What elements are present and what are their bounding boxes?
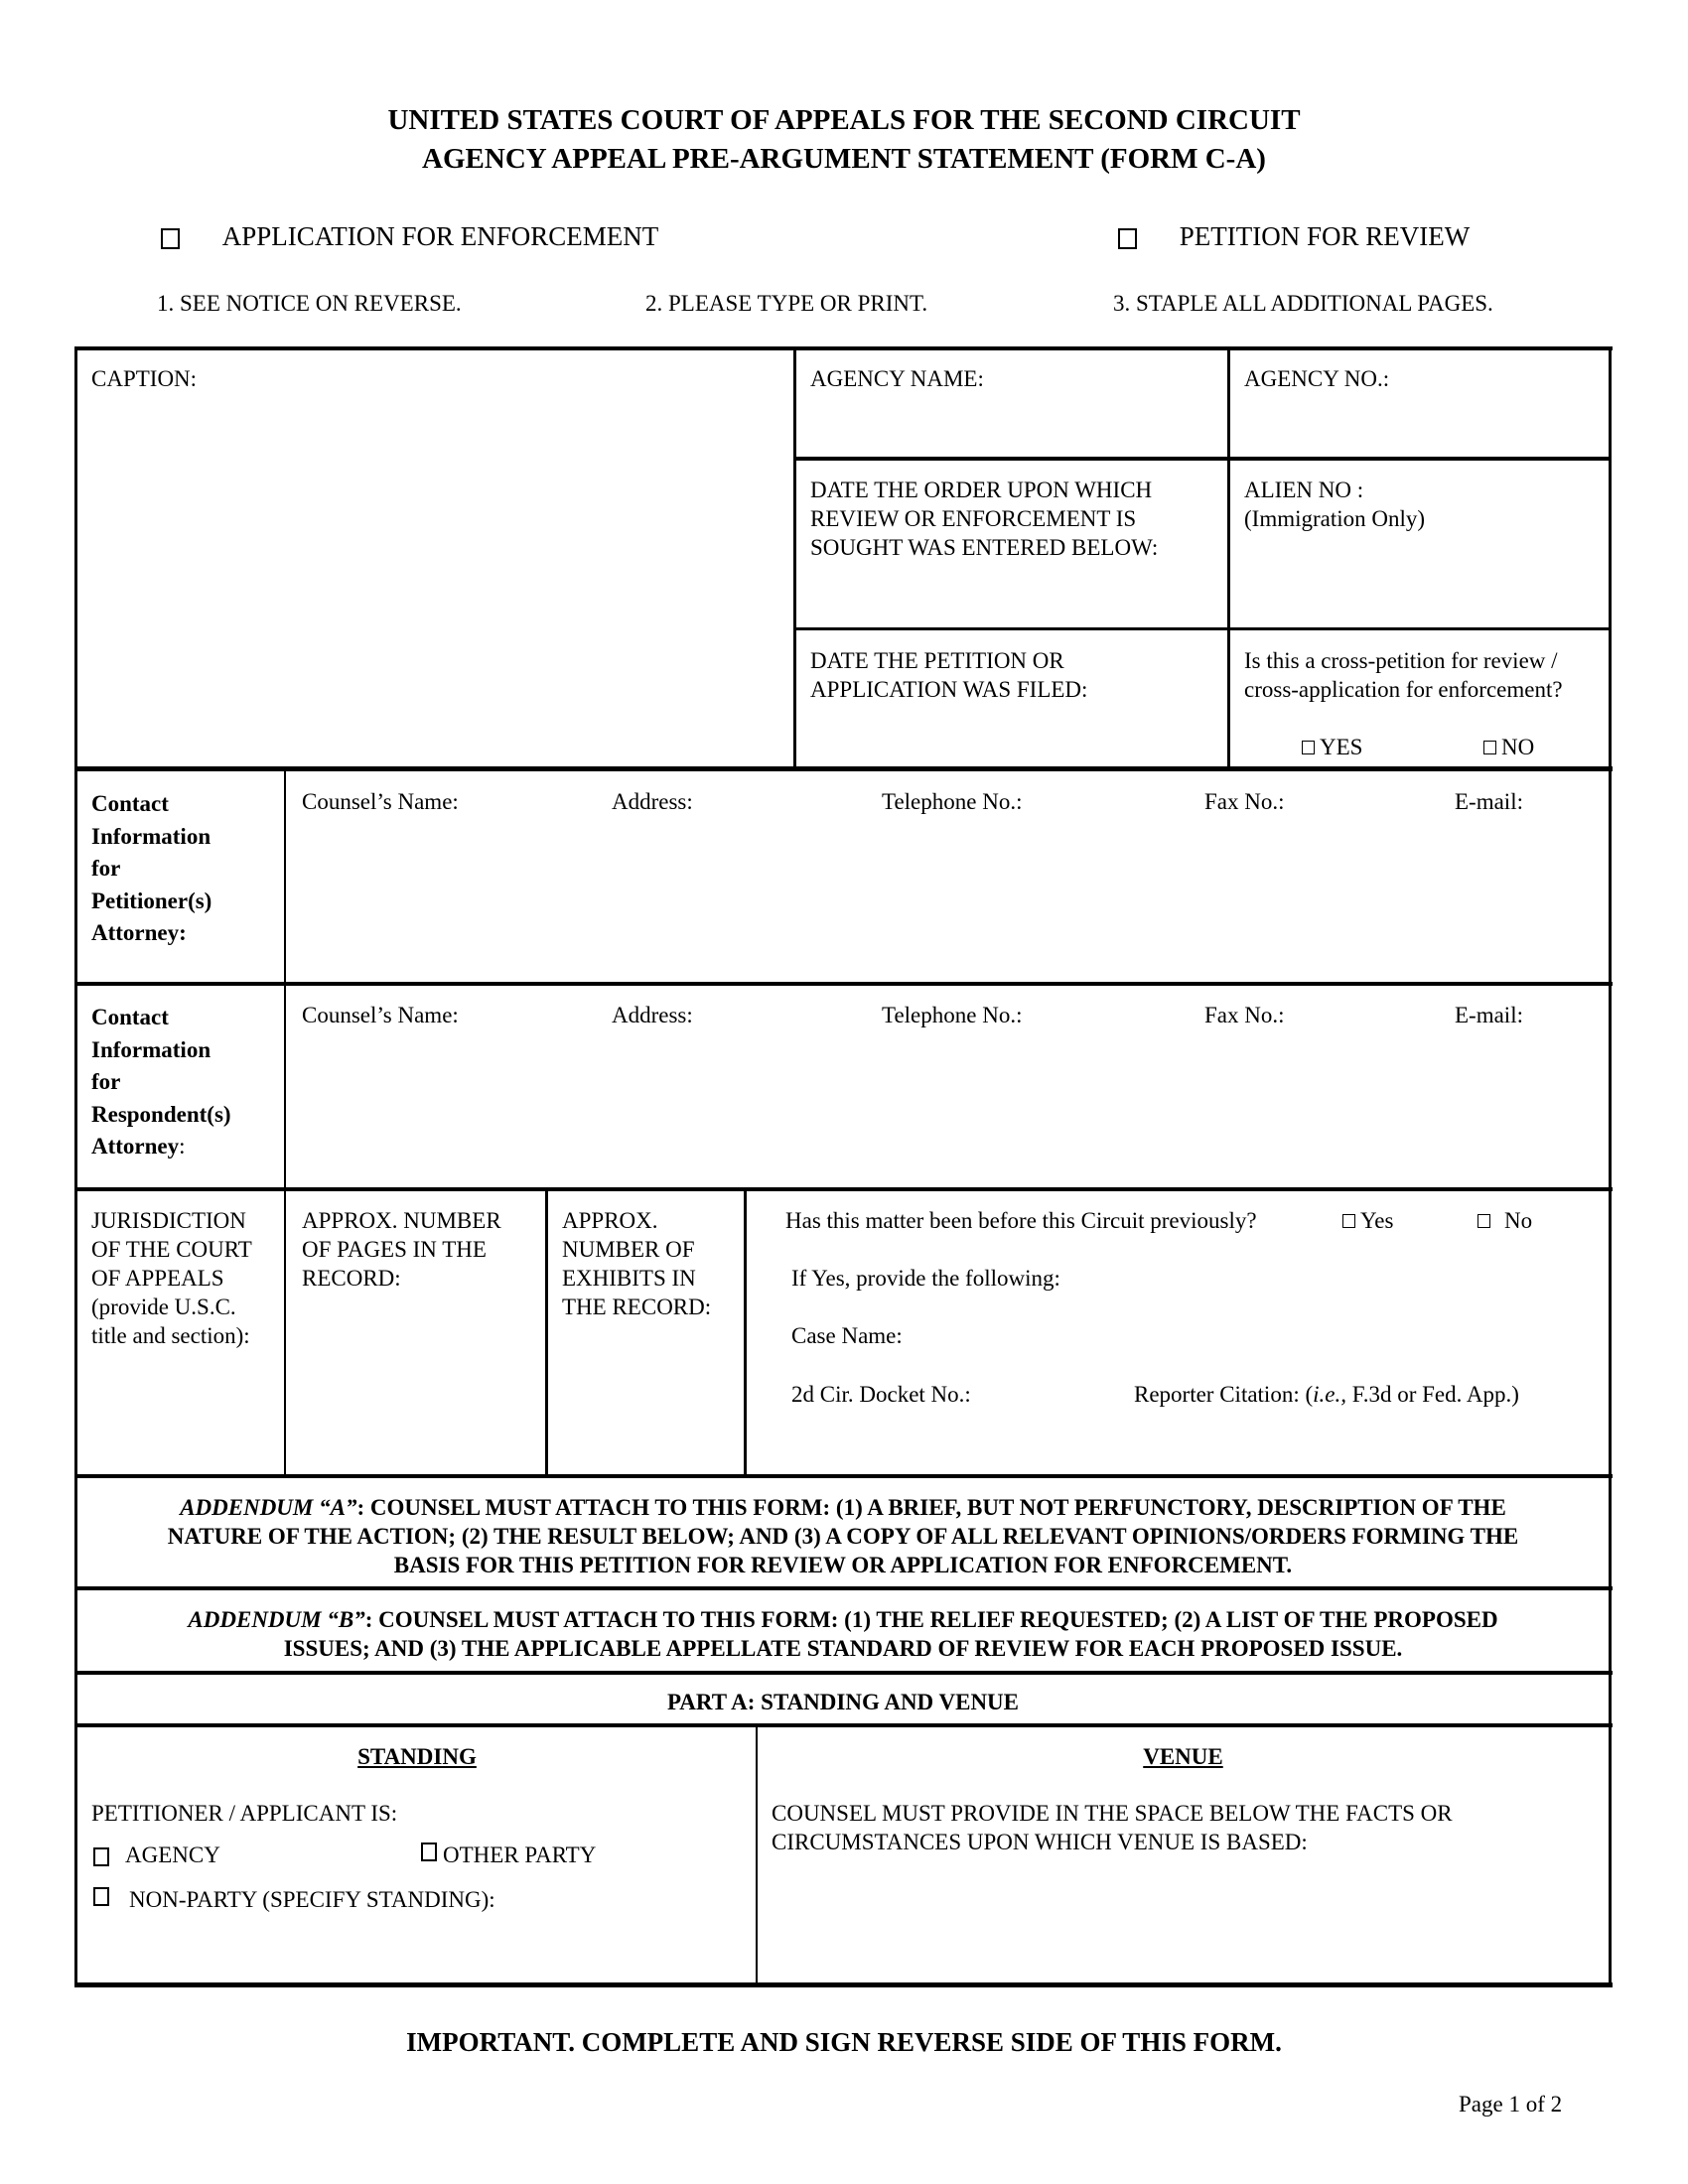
checkbox-prior-yes[interactable]: [1342, 1214, 1355, 1228]
prior-yes-label: Yes: [1360, 1208, 1393, 1233]
if-yes-label: If Yes, provide the following:: [791, 1264, 1060, 1293]
table-border-right: [1609, 346, 1612, 1986]
heading-line: Attorney: [91, 1134, 179, 1159]
jurisdiction-line: JURISDICTION: [91, 1206, 252, 1235]
addendum-a-line: NATURE OF THE ACTION; (2) THE RESULT BEL…: [79, 1522, 1607, 1551]
checkbox-cross-yes[interactable]: [1302, 741, 1315, 754]
petitioner-telephone-label: Telephone No.:: [882, 787, 1022, 816]
jurisdiction-line: title and section):: [91, 1321, 252, 1350]
agency-no-label: AGENCY NO.:: [1244, 364, 1389, 393]
checkbox-application-enforcement[interactable]: [161, 228, 180, 249]
pages-line: OF PAGES IN THE: [302, 1235, 501, 1264]
exhibits-field[interactable]: [550, 1330, 742, 1471]
respondent-address-label: Address:: [612, 1001, 693, 1029]
important-notice: IMPORTANT. COMPLETE AND SIGN REVERSE SID…: [0, 2026, 1688, 2060]
checkbox-prior-no[interactable]: [1477, 1214, 1490, 1228]
divider-caption: [793, 346, 796, 769]
alien-no-label-text: ALIEN NO :: [1244, 476, 1425, 504]
nonparty-field[interactable]: [79, 1921, 753, 1980]
docket-label: 2d Cir. Docket No.:: [791, 1380, 971, 1409]
pages-field[interactable]: [288, 1300, 543, 1471]
alien-no-field[interactable]: [1232, 536, 1607, 625]
alien-no-label: ALIEN NO : (Immigration Only): [1244, 476, 1425, 533]
addendum-a-label: ADDENDUM “A”: [180, 1495, 356, 1520]
order-date-label: DATE THE ORDER UPON WHICH REVIEW OR ENFO…: [810, 476, 1158, 562]
pages-line: RECORD:: [302, 1264, 501, 1293]
docket-field[interactable]: [993, 1379, 1130, 1411]
citation-label: Reporter Citation: (i.e., F.3d or Fed. A…: [1134, 1380, 1519, 1409]
heading-line: Contact: [91, 788, 211, 821]
cross-petition-yes-option[interactable]: YES: [1302, 733, 1362, 761]
jurisdiction-line: OF THE COURT: [91, 1235, 252, 1264]
note-3: 3. STAPLE ALL ADDITIONAL PAGES.: [1113, 290, 1493, 319]
prior-no-option[interactable]: No: [1477, 1206, 1532, 1235]
part-a-heading: PART A: STANDING AND VENUE: [79, 1688, 1607, 1716]
form-subtitle: AGENCY APPEAL PRE-ARGUMENT STATEMENT (FO…: [0, 141, 1688, 177]
respondent-contact-field[interactable]: [288, 1035, 1607, 1184]
heading-line: Respondent(s): [91, 1099, 231, 1132]
option-petition-review[interactable]: PETITION FOR REVIEW: [1118, 220, 1470, 254]
exhibits-line: EXHIBITS IN: [562, 1264, 711, 1293]
filed-date-label-line: DATE THE PETITION OR: [810, 646, 1087, 675]
form-title: UNITED STATES COURT OF APPEALS FOR THE S…: [0, 102, 1688, 138]
filed-date-field[interactable]: [798, 707, 1225, 764]
other-party-label: OTHER PARTY: [443, 1843, 596, 1867]
divider-agency: [1227, 346, 1230, 769]
pages-line: APPROX. NUMBER: [302, 1206, 501, 1235]
jurisdiction-label: JURISDICTION OF THE COURT OF APPEALS (pr…: [91, 1206, 252, 1350]
checkbox-cross-no[interactable]: [1483, 741, 1496, 754]
alien-no-note: (Immigration Only): [1244, 504, 1425, 533]
prior-yes-option[interactable]: Yes: [1342, 1206, 1393, 1235]
divider-agency-row: [793, 457, 1612, 461]
table-border-top: [74, 346, 1613, 350]
jurisdiction-field[interactable]: [79, 1360, 282, 1471]
citation-suffix: F.3d or Fed. App.): [1346, 1382, 1519, 1407]
option-application-enforcement-label: APPLICATION FOR ENFORCEMENT: [222, 221, 659, 251]
divider-standing-venue: [756, 1725, 758, 1985]
divider-contact-rows: [74, 982, 1613, 986]
agency-name-field[interactable]: [798, 397, 1225, 455]
cross-no-label: NO: [1501, 735, 1534, 759]
contact-petitioner-heading: Contact Information for Petitioner(s) At…: [91, 788, 211, 950]
jurisdiction-line: OF APPEALS: [91, 1264, 252, 1293]
option-application-enforcement[interactable]: APPLICATION FOR ENFORCEMENT: [161, 220, 658, 254]
respondent-telephone-label: Telephone No.:: [882, 1001, 1022, 1029]
addendum-b: ADDENDUM “B”: COUNSEL MUST ATTACH TO THI…: [79, 1605, 1607, 1663]
divider-contact-bottom: [74, 1187, 1613, 1191]
exhibits-line: NUMBER OF: [562, 1235, 711, 1264]
addendum-b-label: ADDENDUM “B”: [188, 1607, 364, 1632]
case-name-field[interactable]: [918, 1320, 1604, 1352]
respondent-fax-label: Fax No.:: [1204, 1001, 1285, 1029]
addendum-b-line: : COUNSEL MUST ATTACH TO THIS FORM: (1) …: [365, 1607, 1498, 1632]
filed-date-label-line: APPLICATION WAS FILED:: [810, 675, 1087, 704]
cross-petition-question: Is this a cross-petition for review / cr…: [1244, 646, 1563, 704]
standing-agency-option[interactable]: AGENCY: [93, 1841, 220, 1869]
citation-prefix: Reporter Citation: (: [1134, 1382, 1313, 1407]
heading-line: for: [91, 1066, 231, 1099]
divider-addendum-a: [74, 1586, 1613, 1590]
order-date-field[interactable]: [798, 566, 1225, 625]
checkbox-nonparty[interactable]: [93, 1887, 109, 1906]
pages-label: APPROX. NUMBER OF PAGES IN THE RECORD:: [302, 1206, 501, 1293]
exhibits-label: APPROX. NUMBER OF EXHIBITS IN THE RECORD…: [562, 1206, 711, 1321]
note-2: 2. PLEASE TYPE OR PRINT.: [645, 290, 927, 319]
checkbox-petition-review[interactable]: [1118, 228, 1137, 249]
divider-order-row: [793, 627, 1612, 630]
exhibits-line: APPROX.: [562, 1206, 711, 1235]
option-petition-review-label: PETITION FOR REVIEW: [1180, 221, 1470, 251]
addendum-a: ADDENDUM “A”: COUNSEL MUST ATTACH TO THI…: [79, 1493, 1607, 1579]
respondent-email-label: E-mail:: [1455, 1001, 1523, 1029]
checkbox-agency[interactable]: [93, 1847, 109, 1866]
order-date-label-line: SOUGHT WAS ENTERED BELOW:: [810, 533, 1158, 562]
jurisdiction-line: (provide U.S.C.: [91, 1293, 252, 1321]
divider-contact-col: [284, 769, 286, 1190]
heading-line: Information: [91, 1034, 231, 1067]
divider-jur-bottom: [74, 1474, 1613, 1478]
respondent-counsel-name-label: Counsel’s Name:: [302, 1001, 459, 1029]
divider-jur-2: [545, 1189, 548, 1477]
venue-instructions: COUNSEL MUST PROVIDE IN THE SPACE BELOW …: [772, 1799, 1453, 1856]
order-date-label-line: REVIEW OR ENFORCEMENT IS: [810, 504, 1158, 533]
divider-jur-3: [744, 1189, 747, 1477]
standing-prompt: PETITIONER / APPLICANT IS:: [91, 1799, 397, 1828]
caption-field[interactable]: [79, 397, 790, 764]
venue-field[interactable]: [761, 1861, 1607, 1980]
standing-other-party-option[interactable]: OTHER PARTY: [421, 1841, 596, 1869]
addendum-b-line: ISSUES; AND (3) THE APPLICABLE APPELLATE…: [79, 1634, 1607, 1663]
petitioner-fax-label: Fax No.:: [1204, 787, 1285, 816]
divider-addendum-b: [74, 1671, 1613, 1675]
checkbox-other-party[interactable]: [421, 1843, 437, 1861]
petitioner-address-label: Address:: [612, 787, 693, 816]
cross-petition-line: Is this a cross-petition for review /: [1244, 646, 1563, 675]
heading-line: Petitioner(s): [91, 886, 211, 918]
agency-no-field[interactable]: [1232, 397, 1607, 455]
heading-colon: :: [179, 1134, 185, 1159]
case-name-label: Case Name:: [791, 1321, 903, 1350]
contact-respondent-heading: Contact Information for Respondent(s) At…: [91, 1002, 231, 1163]
cross-yes-label: YES: [1320, 735, 1362, 759]
petitioner-counsel-name-label: Counsel’s Name:: [302, 787, 459, 816]
venue-heading: VENUE: [759, 1742, 1608, 1771]
petitioner-contact-field[interactable]: [288, 822, 1607, 979]
standing-heading: STANDING: [79, 1742, 755, 1771]
divider-part-a: [74, 1723, 1613, 1727]
heading-line: Information: [91, 821, 211, 854]
citation-italic: i.e.,: [1313, 1382, 1346, 1407]
table-border-bottom: [74, 1982, 1613, 1987]
addendum-a-line: BASIS FOR THIS PETITION FOR REVIEW OR AP…: [79, 1551, 1607, 1579]
note-1: 1. SEE NOTICE ON REVERSE.: [157, 290, 462, 319]
addendum-a-line: : COUNSEL MUST ATTACH TO THIS FORM: (1) …: [356, 1495, 1505, 1520]
petitioner-email-label: E-mail:: [1455, 787, 1523, 816]
caption-label: CAPTION:: [91, 364, 197, 393]
divider-top-block: [74, 766, 1613, 771]
order-date-label-line: DATE THE ORDER UPON WHICH: [810, 476, 1158, 504]
table-border-left: [74, 346, 77, 1986]
heading-line: for: [91, 853, 211, 886]
cross-petition-no-option[interactable]: NO: [1483, 733, 1534, 761]
prior-question: Has this matter been before this Circuit…: [785, 1206, 1257, 1235]
agency-label: AGENCY: [125, 1843, 220, 1867]
standing-nonparty-option[interactable]: NON-PARTY (SPECIFY STANDING):: [93, 1885, 495, 1914]
agency-name-label: AGENCY NAME:: [810, 364, 984, 393]
prior-no-label: No: [1504, 1208, 1532, 1233]
divider-jur-1: [284, 1189, 286, 1477]
heading-line: Attorney:: [91, 917, 211, 950]
page-number: Page 1 of 2: [1459, 2091, 1562, 2119]
filed-date-label: DATE THE PETITION OR APPLICATION WAS FIL…: [810, 646, 1087, 704]
heading-line: Contact: [91, 1002, 231, 1034]
nonparty-label: NON-PARTY (SPECIFY STANDING):: [129, 1887, 495, 1912]
exhibits-line: THE RECORD:: [562, 1293, 711, 1321]
venue-line: COUNSEL MUST PROVIDE IN THE SPACE BELOW …: [772, 1799, 1453, 1828]
venue-line: CIRCUMSTANCES UPON WHICH VENUE IS BASED:: [772, 1828, 1453, 1856]
cross-petition-line: cross-application for enforcement?: [1244, 675, 1563, 704]
